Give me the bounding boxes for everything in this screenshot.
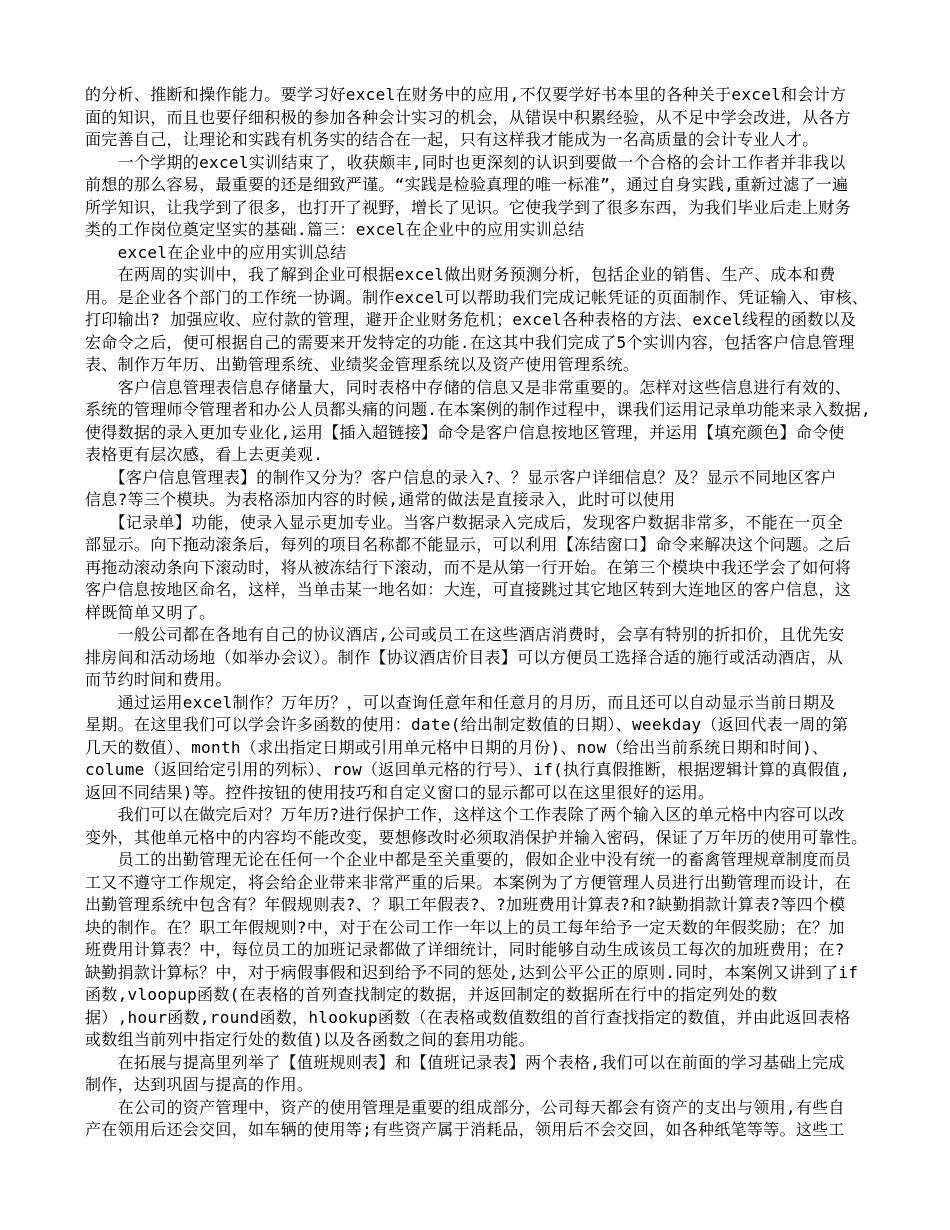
text-line: 一个学期的excel实训结束了，收获颇丰,同时也更深刻的认识到要做一个合格的会计… [85,152,885,175]
text-line: 类的工作岗位奠定坚实的基础.篇三：excel在企业中的应用实训总结 [85,219,885,242]
text-line: 工又不遵守工作规定，将会给企业带来非常严重的后果。本案例为了方便管理人员进行出勤… [85,872,885,895]
text-line: 的分析、推断和操作能力。要学习好excel在财务中的应用,不仅要学好书本里的各种… [85,84,885,107]
text-line: 缺勤捐款计算标？中，对于病假事假和迟到给予不同的惩处,达到公平公正的原则.同时，… [85,962,885,985]
text-line: 在拓展与提高里列举了【值班规则表】和【值班记录表】两个表格,我们可以在前面的学习… [85,1052,885,1075]
text-line: 出勤管理系统中包含有？年假规则表?、？职工年假表?、?加班费用计算表?和?缺勤捐… [85,894,885,917]
text-line: 班费用计算表？中，每位员工的加班记录都做了详细统计，同时能够自动生成该员工每次的… [85,939,885,962]
text-line: 【客户信息管理表】的制作又分为？客户信息的录入?、？显示客户详细信息？及？显示不… [85,467,885,490]
text-line: 在两周的实训中，我了解到企业可根据excel做出财务预测分析，包括企业的销售、生… [85,264,885,287]
text-line: 打印输出? 加强应收、应付款的管理，避开企业财务危机；excel各种表格的方法、… [85,309,885,332]
text-line: 员工的出勤管理无论在任何一个企业中都是至关重要的，假如企业中没有统一的畜禽管理规… [85,849,885,872]
text-line: 所学知识，让我学到了很多，也打开了视野，增长了见识。它使我学到了很多东西，为我们… [85,197,885,220]
text-line: 或数组当前列中指定行处的数值)以及各函数之间的套用功能。 [85,1029,885,1052]
text-line: 前想的那么容易，最重要的还是细致严谨。“实践是检验真理的唯一标准”，通过自身实践… [85,174,885,197]
text-line: 函数,vloopup函数(在表格的首列查找制定的数据，并返回制定的数据所在行中的… [85,984,885,1007]
document-viewport: { "page": { "background_color": "#ffffff… [0,0,950,1230]
text-line: 一般公司都在各地有自己的协议酒店,公司或员工在这些酒店消费时，会享有特别的折扣价… [85,624,885,647]
text-line: 制作，达到巩固与提高的作用。 [85,1074,885,1097]
text-line: colume（返回给定引用的列标）、row（返回单元格的行号）、if(执行真假推… [85,759,885,782]
text-line: 据）,hour函数,round函数，hlookup函数（在表格或数值数组的首行查… [85,1007,885,1030]
text-line: 返回不同结果)等。控件按钮的使用技巧和自定义窗口的显示都可以在这里很好的运用。 [85,782,885,805]
text-line: 信息?等三个模块。为表格添加内容的时候,通常的做法是直接录入，此时可以使用 [85,489,885,512]
text-line: 部显示。向下拖动滚条后，每列的项目名称都不能显示，可以利用【冻结窗口】命令来解决… [85,534,885,557]
text-line: 表、制作万年历、出勤管理系统、业绩奖金管理系统以及资产使用管理系统。 [85,354,885,377]
text-line: 使得数据的录入更加专业化,运用【插入超链接】命令是客户信息按地区管理，并运用【填… [85,422,885,445]
text-line: 块的制作。在？职工年假规则?中，对于在公司工作一年以上的员工每年给予一定天数的年… [85,917,885,940]
text-line: 变外，其他单元格中的内容均不能改变，要想修改时必须取消保护并输入密码，保证了万年… [85,827,885,850]
text-line: 系统的管理师令管理者和办公人员都头痛的问题.在本案例的制作过程中，课我们运用记录… [85,399,885,422]
text-line: 【记录单】功能，使录入显示更加专业。当客户数据录入完成后，发现客户数据非常多，不… [85,512,885,535]
text-line: 面完善自己，让理论和实践有机务实的结合在一起，只有这样我才能成为一名高质量的会计… [85,129,885,152]
text-line: 而节约时间和费用。 [85,669,885,692]
text-line: 在公司的资产管理中，资产的使用管理是重要的组成部分，公司每天都会有资产的支出与领… [85,1097,885,1120]
text-line: 宏命令之后，便可根据自己的需要来开发特定的功能.在这其中我们完成了5个实训内容，… [85,332,885,355]
text-line: 客户信息按地区命名，这样，当单击某一地名如：大连，可直接跳过其它地区转到大连地区… [85,579,885,602]
text-line: 排房间和活动场地（如举办会议）。制作【协议酒店价目表】可以方便员工选择合适的施行… [85,647,885,670]
text-line: 面的知识，而且也要仔细积极的参加各种会计实习的机会，从错误中积累经验，从不足中学… [85,107,885,130]
text-line: 产在领用后还会交回，如车辆的使用等;有些资产属于消耗品，领用后不会交回，如各种纸… [85,1119,885,1142]
text-line: 客户信息管理表信息存储量大，同时表格中存储的信息又是非常重要的。怎样对这些信息进… [85,377,885,400]
text-line: 我们可以在做完后对？万年历?进行保护工作，这样这个工作表除了两个输入区的单元格中… [85,804,885,827]
text-line: 几天的数值）、month（求出指定日期或引用单元格中日期的月份)、now（给出当… [85,737,885,760]
text-line: 再拖动滚动条向下滚动时，将从被冻结行下滚动，而不是从第一行开始。在第三个模块中我… [85,557,885,580]
text-line: 样既简单又明了。 [85,602,885,625]
text-line: 星期。在这里我们可以学会许多函数的使用：date(给出制定数值的日期）、week… [85,714,885,737]
text-line: excel在企业中的应用实训总结 [85,242,885,265]
text-line: 通过运用excel制作？万年历？，可以查询任意年和任意月的月历，而且还可以自动显… [85,692,885,715]
document-page: 的分析、推断和操作能力。要学习好excel在财务中的应用,不仅要学好书本里的各种… [85,84,885,1142]
text-line: 表格更有层次感，看上去更美观. [85,444,885,467]
text-line: 用。是企业各个部门的工作统一协调。制作excel可以帮助我们完成记帐凭证的页面制… [85,287,885,310]
